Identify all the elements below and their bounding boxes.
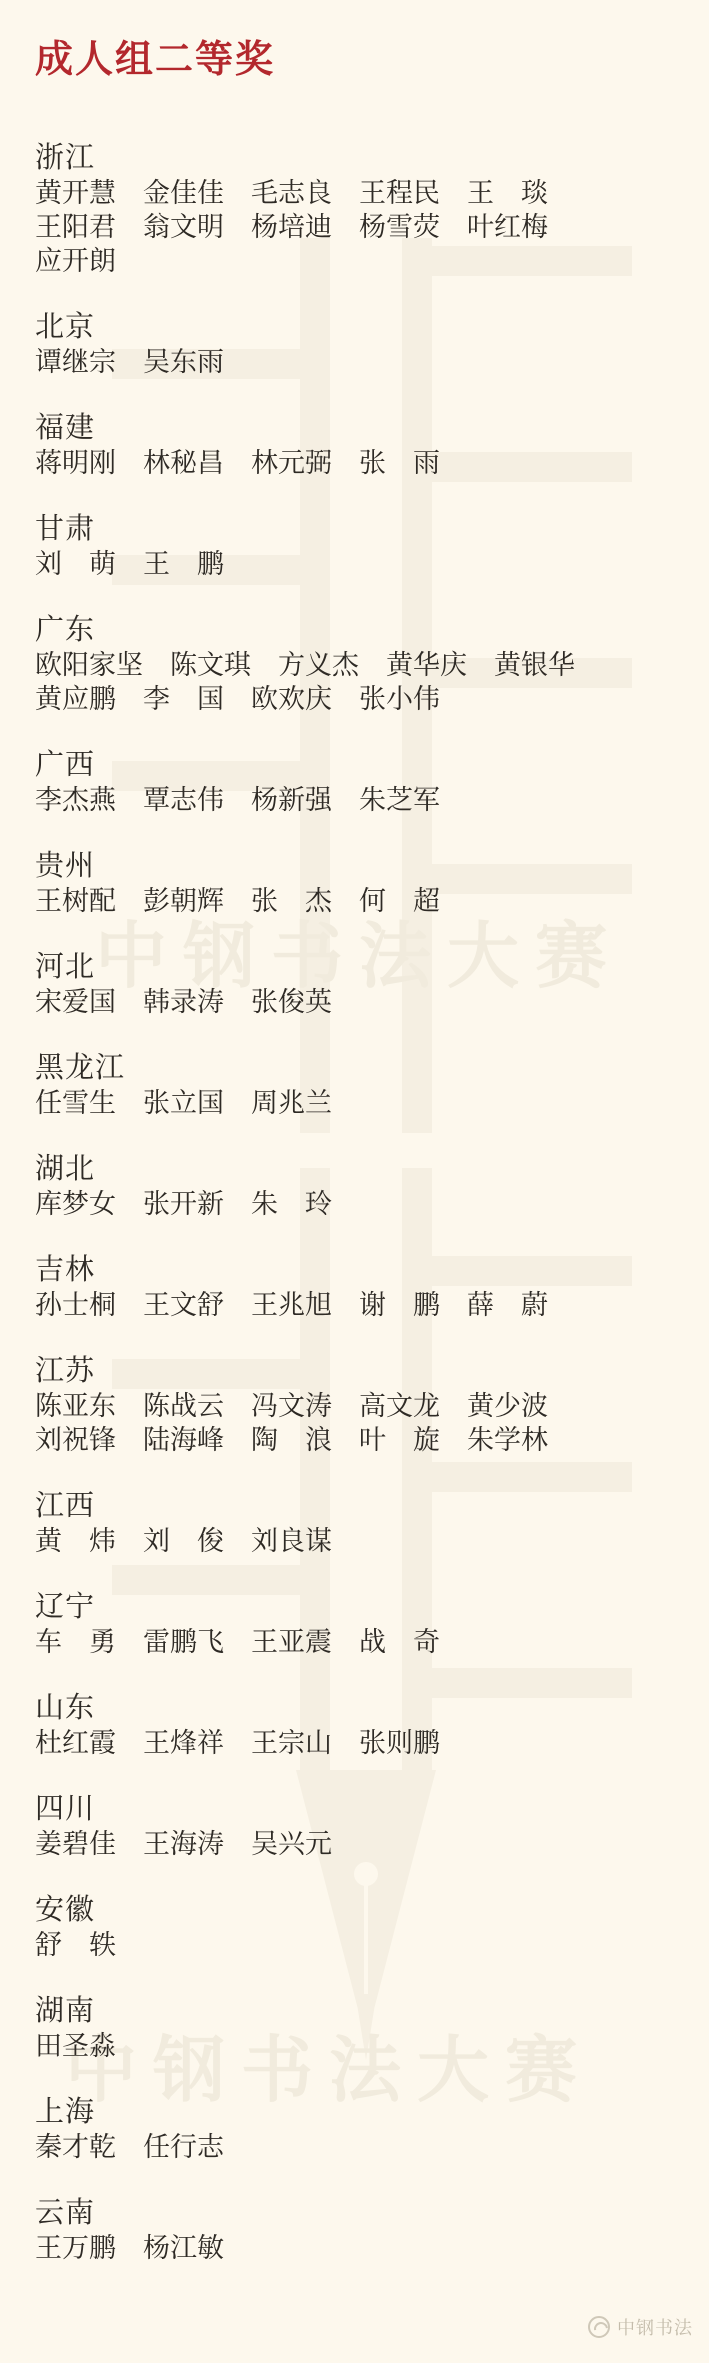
winner-name: 叶红梅 — [467, 210, 548, 244]
province-section: 湖南田圣淼 — [35, 1993, 709, 2063]
winners-row: 黄应鹏李 国欧欢庆张小伟 — [35, 682, 709, 716]
province-label: 湖南 — [35, 1993, 709, 2029]
winner-name: 王宗山 — [251, 1726, 332, 1760]
winner-name: 王程民 — [359, 176, 440, 210]
province-section: 福建蒋明刚林秘昌林元弼张 雨 — [35, 410, 709, 480]
winner-name: 宋爱国 — [35, 985, 116, 1019]
province-section: 黑龙江任雪生张立国周兆兰 — [35, 1050, 709, 1120]
winners-row: 谭继宗吴东雨 — [35, 345, 709, 379]
province-label: 吉林 — [35, 1252, 709, 1288]
winner-name: 李 国 — [143, 682, 224, 716]
winner-name: 蒋明刚 — [35, 446, 116, 480]
winner-name: 薛 蔚 — [467, 1288, 548, 1322]
winner-name: 叶 旋 — [359, 1423, 440, 1457]
winners-row: 姜碧佳王海涛吴兴元 — [35, 1827, 709, 1861]
brand-name: 中钢书法 — [617, 2314, 693, 2340]
winners-row: 黄开慧金佳佳毛志良王程民王 琰 — [35, 176, 709, 210]
winner-name: 欧欢庆 — [251, 682, 332, 716]
winner-name: 朱 玲 — [251, 1187, 332, 1221]
winner-name: 应开朗 — [35, 244, 116, 278]
province-label: 贵州 — [35, 848, 709, 884]
winner-name: 毛志良 — [251, 176, 332, 210]
winner-name: 车 勇 — [35, 1625, 116, 1659]
winner-name: 覃志伟 — [143, 783, 224, 817]
winner-name: 朱学林 — [467, 1423, 548, 1457]
winner-name: 张立国 — [143, 1086, 224, 1120]
winner-name: 张则鹏 — [359, 1726, 440, 1760]
winner-name: 杨江敏 — [143, 2231, 224, 2265]
winner-name: 王 琰 — [467, 176, 548, 210]
province-section: 吉林孙士桐王文舒王兆旭谢 鹏薛 蔚 — [35, 1252, 709, 1322]
winner-name: 冯文涛 — [251, 1389, 332, 1423]
province-label: 湖北 — [35, 1151, 709, 1187]
winners-row: 宋爱国韩录涛张俊英 — [35, 985, 709, 1019]
winner-name: 何 超 — [359, 884, 440, 918]
winner-name: 彭朝辉 — [143, 884, 224, 918]
winner-name: 金佳佳 — [143, 176, 224, 210]
footer-brand: 中钢书法 — [588, 2314, 693, 2340]
winner-name: 战 奇 — [359, 1625, 440, 1659]
winner-name: 张 雨 — [359, 446, 440, 480]
province-label: 福建 — [35, 410, 709, 446]
winner-name: 欧阳家坚 — [35, 648, 143, 682]
winner-name: 陶 浪 — [251, 1423, 332, 1457]
winner-name: 王文舒 — [143, 1288, 224, 1322]
winners-row: 刘 萌王 鹏 — [35, 547, 709, 581]
brand-logo-icon — [588, 2316, 610, 2338]
province-label: 浙江 — [35, 140, 709, 176]
winner-name: 王兆旭 — [251, 1288, 332, 1322]
winner-name: 林元弼 — [251, 446, 332, 480]
province-section: 上海秦才乾任行志 — [35, 2094, 709, 2164]
winners-row: 王阳君翁文明杨培迪杨雪荧叶红梅 — [35, 210, 709, 244]
winners-row: 田圣淼 — [35, 2029, 709, 2063]
winner-name: 张俊英 — [251, 985, 332, 1019]
province-label: 江西 — [35, 1488, 709, 1524]
winner-name: 张开新 — [143, 1187, 224, 1221]
winner-name: 吴兴元 — [251, 1827, 332, 1861]
winner-name: 林秘昌 — [143, 446, 224, 480]
winner-name: 翁文明 — [143, 210, 224, 244]
winners-row: 黄 炜刘 俊刘良谋 — [35, 1524, 709, 1558]
province-label: 云南 — [35, 2195, 709, 2231]
province-section: 北京谭继宗吴东雨 — [35, 309, 709, 379]
winner-name: 陈战云 — [143, 1389, 224, 1423]
winners-row: 陈亚东陈战云冯文涛高文龙黄少波 — [35, 1389, 709, 1423]
award-list: 成人组二等奖 浙江黄开慧金佳佳毛志良王程民王 琰王阳君翁文明杨培迪杨雪荧叶红梅应… — [0, 0, 709, 2265]
winner-name: 刘祝锋 — [35, 1423, 116, 1457]
winner-name: 黄 炜 — [35, 1524, 116, 1558]
province-section: 湖北库梦女张开新朱 玲 — [35, 1151, 709, 1221]
province-label: 黑龙江 — [35, 1050, 709, 1086]
winner-name: 王海涛 — [143, 1827, 224, 1861]
winner-name: 秦才乾 — [35, 2130, 116, 2164]
winners-row: 库梦女张开新朱 玲 — [35, 1187, 709, 1221]
winners-row: 欧阳家坚陈文琪方义杰黄华庆黄银华 — [35, 648, 709, 682]
winner-name: 陈亚东 — [35, 1389, 116, 1423]
winner-name: 黄少波 — [467, 1389, 548, 1423]
page-title: 成人组二等奖 — [35, 38, 709, 82]
winners-row: 王万鹏杨江敏 — [35, 2231, 709, 2265]
winners-row: 任雪生张立国周兆兰 — [35, 1086, 709, 1120]
winners-row: 舒 轶 — [35, 1928, 709, 1962]
province-label: 甘肃 — [35, 511, 709, 547]
winners-row: 王树配彭朝辉张 杰何 超 — [35, 884, 709, 918]
province-section: 甘肃刘 萌王 鹏 — [35, 511, 709, 581]
winner-name: 王万鹏 — [35, 2231, 116, 2265]
province-label: 江苏 — [35, 1353, 709, 1389]
winner-name: 黄银华 — [494, 648, 575, 682]
winner-name: 王烽祥 — [143, 1726, 224, 1760]
winner-name: 黄应鹏 — [35, 682, 116, 716]
winner-name: 李杰燕 — [35, 783, 116, 817]
winners-row: 李杰燕覃志伟杨新强朱芝军 — [35, 783, 709, 817]
winner-name: 方义杰 — [278, 648, 359, 682]
winners-row: 秦才乾任行志 — [35, 2130, 709, 2164]
winner-name: 陈文琪 — [170, 648, 251, 682]
province-section: 山东杜红霞王烽祥王宗山张则鹏 — [35, 1690, 709, 1760]
winner-name: 杨新强 — [251, 783, 332, 817]
winner-name: 黄开慧 — [35, 176, 116, 210]
winner-name: 陆海峰 — [143, 1423, 224, 1457]
winner-name: 雷鹏飞 — [143, 1625, 224, 1659]
winner-name: 韩录涛 — [143, 985, 224, 1019]
province-label: 上海 — [35, 2094, 709, 2130]
province-label: 广东 — [35, 612, 709, 648]
province-section: 江西黄 炜刘 俊刘良谋 — [35, 1488, 709, 1558]
province-section: 广东欧阳家坚陈文琪方义杰黄华庆黄银华黄应鹏李 国欧欢庆张小伟 — [35, 612, 709, 716]
province-section: 广西李杰燕覃志伟杨新强朱芝军 — [35, 747, 709, 817]
province-section: 江苏陈亚东陈战云冯文涛高文龙黄少波刘祝锋陆海峰陶 浪叶 旋朱学林 — [35, 1353, 709, 1457]
province-label: 辽宁 — [35, 1589, 709, 1625]
winner-name: 舒 轶 — [35, 1928, 116, 1962]
winners-row: 应开朗 — [35, 244, 709, 278]
winner-name: 周兆兰 — [251, 1086, 332, 1120]
winners-row: 刘祝锋陆海峰陶 浪叶 旋朱学林 — [35, 1423, 709, 1457]
province-label: 北京 — [35, 309, 709, 345]
winner-name: 王树配 — [35, 884, 116, 918]
winner-name: 黄华庆 — [386, 648, 467, 682]
winner-name: 王阳君 — [35, 210, 116, 244]
winners-row: 车 勇雷鹏飞王亚震战 奇 — [35, 1625, 709, 1659]
winner-name: 杨雪荧 — [359, 210, 440, 244]
winners-row: 杜红霞王烽祥王宗山张则鹏 — [35, 1726, 709, 1760]
winner-name: 谢 鹏 — [359, 1288, 440, 1322]
winner-name: 孙士桐 — [35, 1288, 116, 1322]
winners-row: 孙士桐王文舒王兆旭谢 鹏薛 蔚 — [35, 1288, 709, 1322]
province-label: 安徽 — [35, 1892, 709, 1928]
winner-name: 库梦女 — [35, 1187, 116, 1221]
province-section: 河北宋爱国韩录涛张俊英 — [35, 949, 709, 1019]
province-section: 辽宁车 勇雷鹏飞王亚震战 奇 — [35, 1589, 709, 1659]
winner-name: 吴东雨 — [143, 345, 224, 379]
province-section: 云南王万鹏杨江敏 — [35, 2195, 709, 2265]
winner-name: 张小伟 — [359, 682, 440, 716]
winner-name: 朱芝军 — [359, 783, 440, 817]
winner-name: 刘良谋 — [251, 1524, 332, 1558]
winner-name: 刘 萌 — [35, 547, 116, 581]
province-label: 山东 — [35, 1690, 709, 1726]
winner-name: 刘 俊 — [143, 1524, 224, 1558]
province-section: 四川姜碧佳王海涛吴兴元 — [35, 1791, 709, 1861]
winner-name: 任行志 — [143, 2130, 224, 2164]
winner-name: 王亚震 — [251, 1625, 332, 1659]
winners-row: 蒋明刚林秘昌林元弼张 雨 — [35, 446, 709, 480]
winner-name: 王 鹏 — [143, 547, 224, 581]
province-section: 安徽舒 轶 — [35, 1892, 709, 1962]
winner-name: 高文龙 — [359, 1389, 440, 1423]
winner-name: 杜红霞 — [35, 1726, 116, 1760]
winner-name: 任雪生 — [35, 1086, 116, 1120]
winner-name: 张 杰 — [251, 884, 332, 918]
sections: 浙江黄开慧金佳佳毛志良王程民王 琰王阳君翁文明杨培迪杨雪荧叶红梅应开朗北京谭继宗… — [35, 140, 709, 2265]
province-label: 四川 — [35, 1791, 709, 1827]
winner-name: 姜碧佳 — [35, 1827, 116, 1861]
winner-name: 谭继宗 — [35, 345, 116, 379]
winner-name: 杨培迪 — [251, 210, 332, 244]
winner-name: 田圣淼 — [35, 2029, 116, 2063]
province-label: 广西 — [35, 747, 709, 783]
province-label: 河北 — [35, 949, 709, 985]
province-section: 贵州王树配彭朝辉张 杰何 超 — [35, 848, 709, 918]
province-section: 浙江黄开慧金佳佳毛志良王程民王 琰王阳君翁文明杨培迪杨雪荧叶红梅应开朗 — [35, 140, 709, 278]
